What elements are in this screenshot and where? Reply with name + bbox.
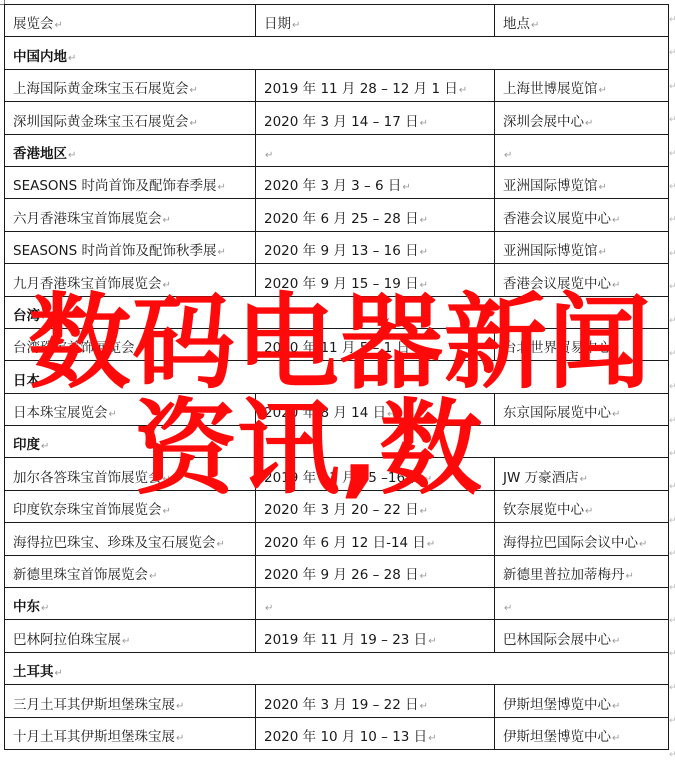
return-mark-icon: ↵ <box>55 668 63 679</box>
row-end-mark-icon: ↵ <box>669 204 675 237</box>
table-row: 加尔各答珠宝首饰展览会↵2019 年 11 月 15 –16 日↵JW 万豪酒店… <box>5 458 669 490</box>
date-cell: 2020 年 6 月 25 – 28 日↵ <box>256 199 495 231</box>
return-mark-icon: ↵ <box>190 85 198 96</box>
row-end-mark-icon: ↵ <box>669 371 675 404</box>
table-row: 深圳国际黄金珠宝玉石展览会↵2020 年 3 月 14 – 17 日↵深圳会展中… <box>5 102 669 134</box>
venue-cell: 亚洲国际博览馆↵ <box>495 166 669 198</box>
exhibition-name-cell: 十月土耳其伊斯坦堡珠宝展↵ <box>5 717 256 749</box>
table-row: 台湾珠宝首饰展览会↵2020 年 11 月 5 – 1 日↵台北世界贸易中心↵ <box>5 328 669 360</box>
exhibition-name-cell: 六月香港珠宝首饰展览会↵ <box>5 199 256 231</box>
return-mark-icon: ↵ <box>531 20 539 31</box>
return-mark-icon: ↵ <box>55 20 63 31</box>
return-mark-icon: ↵ <box>109 409 117 420</box>
date-cell: 2019 年 11 月 19 – 23 日↵ <box>256 620 495 652</box>
return-mark-icon: ↵ <box>580 474 588 485</box>
row-end-mark-icon: ↵ <box>669 638 675 671</box>
date-cell: 2020 年 10 月 10 – 13 日↵ <box>256 717 495 749</box>
row-end-mark-icon: ↵ <box>669 171 675 204</box>
date-cell: 2020 年 3 月 19 – 22 日↵ <box>256 685 495 717</box>
venue-cell: 巴林国际会展中心↵ <box>495 620 669 652</box>
exhibition-table: 展览会↵ 日期↵ 地点↵ 中国内地↵上海国际黄金珠宝玉石展览会↵2019 年 1… <box>4 4 669 750</box>
return-mark-icon: ↵ <box>265 603 273 614</box>
header-date: 日期↵ <box>256 5 495 37</box>
exhibition-name-cell: 巴林阿拉伯珠宝展↵ <box>5 620 256 652</box>
return-mark-icon: ↵ <box>504 150 512 161</box>
table-row: 日本珠宝展览会↵2020 年 8 月 14 日↵东京国际展览中心↵ <box>5 393 669 425</box>
date-cell: 2020 年 9 月 26 – 28 日↵ <box>256 555 495 587</box>
table-row: 巴林阿拉伯珠宝展↵2019 年 11 月 19 – 23 日↵巴林国际会展中心↵ <box>5 620 669 652</box>
venue-cell: 东京国际展览中心↵ <box>495 393 669 425</box>
return-mark-icon: ↵ <box>411 344 419 355</box>
exhibition-name-cell: 海得拉巴珠宝、珍珠及宝石展览会↵ <box>5 523 256 555</box>
region-row: 印度↵ <box>5 426 669 458</box>
return-mark-icon: ↵ <box>149 571 157 582</box>
return-mark-icon: ↵ <box>428 636 436 647</box>
venue-cell: 伊斯坦堡博览中心↵ <box>495 717 669 749</box>
region-label: 台湾↵ <box>5 296 669 328</box>
date-cell: 2020 年 3 月 20 – 22 日↵ <box>256 490 495 522</box>
return-mark-icon: ↵ <box>218 182 226 193</box>
return-mark-icon: ↵ <box>218 247 226 258</box>
return-mark-icon: ↵ <box>420 280 428 291</box>
region-row: 日本↵ <box>5 361 669 393</box>
region-label: 土耳其↵ <box>5 652 669 684</box>
row-end-mark-icon: ↵ <box>669 104 675 137</box>
return-mark-icon: ↵ <box>612 215 620 226</box>
region-label: 中国内地↵ <box>5 37 669 69</box>
exhibition-name-cell: 九月香港珠宝首饰展览会↵ <box>5 264 256 296</box>
return-mark-icon: ↵ <box>612 344 620 355</box>
date-cell: 2020 年 11 月 5 – 1 日↵ <box>256 328 495 360</box>
return-mark-icon: ↵ <box>163 280 171 291</box>
return-mark-icon: ↵ <box>217 539 225 550</box>
return-mark-icon: ↵ <box>265 150 273 161</box>
return-mark-icon: ↵ <box>402 182 410 193</box>
return-mark-icon: ↵ <box>599 247 607 258</box>
return-mark-icon: ↵ <box>68 53 76 64</box>
date-cell: 2020 年 9 月 13 – 16 日↵ <box>256 231 495 263</box>
return-mark-icon: ↵ <box>176 733 184 744</box>
empty-cell: ↵ <box>256 134 495 166</box>
date-cell: 2019 年 11 月 15 –16 日↵ <box>256 458 495 490</box>
region-row: 土耳其↵ <box>5 652 669 684</box>
exhibition-name-cell: 台湾珠宝首饰展览会↵ <box>5 328 256 360</box>
return-mark-icon: ↵ <box>41 441 49 452</box>
row-end-mark-icon: ↵ <box>669 739 675 772</box>
empty-cell: ↵ <box>256 588 495 620</box>
region-label: 中东↵ <box>5 588 256 620</box>
return-mark-icon: ↵ <box>41 377 49 388</box>
region-row: 台湾↵ <box>5 296 669 328</box>
row-end-mark-icon: ↵ <box>669 71 675 104</box>
return-mark-icon: ↵ <box>190 118 198 129</box>
row-end-mark-icon: ↵ <box>669 305 675 338</box>
region-label: 印度↵ <box>5 426 669 458</box>
row-end-mark-icon: ↵ <box>669 238 675 271</box>
venue-cell: 伊斯坦堡博览中心↵ <box>495 685 669 717</box>
paragraph-marks-column: ↵↵↵↵↵↵↵↵↵↵↵↵↵↵↵↵↵↵↵↵↵↵↵ <box>669 4 675 772</box>
header-exhibition: 展览会↵ <box>5 5 256 37</box>
return-mark-icon: ↵ <box>420 506 428 517</box>
exhibition-name-cell: 三月土耳其伊斯坦堡珠宝展↵ <box>5 685 256 717</box>
row-end-mark-icon: ↵ <box>669 338 675 371</box>
date-cell: 2020 年 3 月 14 – 17 日↵ <box>256 102 495 134</box>
return-mark-icon: ↵ <box>163 215 171 226</box>
return-mark-icon: ↵ <box>292 20 300 31</box>
return-mark-icon: ↵ <box>599 182 607 193</box>
return-mark-icon: ↵ <box>585 118 593 129</box>
row-end-mark-icon: ↵ <box>669 705 675 738</box>
venue-cell: 新德里普拉加蒂梅丹↵ <box>495 555 669 587</box>
table-header-row: 展览会↵ 日期↵ 地点↵ <box>5 5 669 37</box>
venue-cell: 海得拉巴国际会议中心↵ <box>495 523 669 555</box>
exhibition-name-cell: 印度钦奈珠宝首饰展览会↵ <box>5 490 256 522</box>
return-mark-icon: ↵ <box>136 344 144 355</box>
return-mark-icon: ↵ <box>612 733 620 744</box>
row-end-mark-icon: ↵ <box>669 538 675 571</box>
table-row: 三月土耳其伊斯坦堡珠宝展↵2020 年 3 月 19 – 22 日↵伊斯坦堡博览… <box>5 685 669 717</box>
return-mark-icon: ↵ <box>387 409 395 420</box>
exhibition-name-cell: 日本珠宝展览会↵ <box>5 393 256 425</box>
date-cell: 2020 年 3 月 3 – 6 日↵ <box>256 166 495 198</box>
return-mark-icon: ↵ <box>459 85 467 96</box>
row-end-mark-icon: ↵ <box>669 405 675 438</box>
row-end-mark-icon: ↵ <box>669 672 675 705</box>
return-mark-icon: ↵ <box>612 701 620 712</box>
region-row: 中国内地↵ <box>5 37 669 69</box>
region-row: 中东↵↵↵ <box>5 588 669 620</box>
return-mark-icon: ↵ <box>585 506 593 517</box>
return-mark-icon: ↵ <box>424 474 432 485</box>
return-mark-icon: ↵ <box>626 571 634 582</box>
return-mark-icon: ↵ <box>41 603 49 614</box>
exhibition-name-cell: 深圳国际黄金珠宝玉石展览会↵ <box>5 102 256 134</box>
row-end-mark-icon: ↵ <box>669 605 675 638</box>
region-label: 日本↵ <box>5 361 669 393</box>
return-mark-icon: ↵ <box>420 571 428 582</box>
row-end-mark-icon: ↵ <box>669 37 675 70</box>
return-mark-icon: ↵ <box>428 733 436 744</box>
row-end-mark-icon: ↵ <box>669 471 675 504</box>
table-row: 新德里珠宝首饰展览会↵2020 年 9 月 26 – 28 日↵新德里普拉加蒂梅… <box>5 555 669 587</box>
return-mark-icon: ↵ <box>612 280 620 291</box>
return-mark-icon: ↵ <box>68 150 76 161</box>
return-mark-icon: ↵ <box>639 539 647 550</box>
table-row: 六月香港珠宝首饰展览会↵2020 年 6 月 25 – 28 日↵香港会议展览中… <box>5 199 669 231</box>
region-label: 香港地区↵ <box>5 134 256 166</box>
exhibition-name-cell: SEASONS 时尚首饰及配饰春季展↵ <box>5 166 256 198</box>
exhibition-name-cell: SEASONS 时尚首饰及配饰秋季展↵ <box>5 231 256 263</box>
exhibition-name-cell: 上海国际黄金珠宝玉石展览会↵ <box>5 69 256 101</box>
venue-cell: 钦奈展览中心↵ <box>495 490 669 522</box>
return-mark-icon: ↵ <box>612 409 620 420</box>
return-mark-icon: ↵ <box>176 701 184 712</box>
venue-cell: 深圳会展中心↵ <box>495 102 669 134</box>
return-mark-icon: ↵ <box>163 506 171 517</box>
return-mark-icon: ↵ <box>612 636 620 647</box>
empty-cell: ↵ <box>495 134 669 166</box>
table-row: SEASONS 时尚首饰及配饰春季展↵2020 年 3 月 3 – 6 日↵亚洲… <box>5 166 669 198</box>
row-end-mark-icon: ↵ <box>669 138 675 171</box>
venue-cell: 台北世界贸易中心↵ <box>495 328 669 360</box>
row-end-mark-icon: ↵ <box>669 4 675 37</box>
return-mark-icon: ↵ <box>504 603 512 614</box>
venue-cell: 上海世博展览馆↵ <box>495 69 669 101</box>
region-row: 香港地区↵↵↵ <box>5 134 669 166</box>
date-cell: 2019 年 11 月 28 – 12 月 1 日↵ <box>256 69 495 101</box>
venue-cell: 香港会议展览中心↵ <box>495 264 669 296</box>
return-mark-icon: ↵ <box>420 118 428 129</box>
row-end-mark-icon: ↵ <box>669 438 675 471</box>
table-row: 十月土耳其伊斯坦堡珠宝展↵2020 年 10 月 10 – 13 日↵伊斯坦堡博… <box>5 717 669 749</box>
table-row: 上海国际黄金珠宝玉石展览会↵2019 年 11 月 28 – 12 月 1 日↵… <box>5 69 669 101</box>
return-mark-icon: ↵ <box>599 85 607 96</box>
table-row: SEASONS 时尚首饰及配饰秋季展↵2020 年 9 月 13 – 16 日↵… <box>5 231 669 263</box>
return-mark-icon: ↵ <box>163 474 171 485</box>
table-row: 印度钦奈珠宝首饰展览会↵2020 年 3 月 20 – 22 日↵钦奈展览中心↵ <box>5 490 669 522</box>
header-venue: 地点↵ <box>495 5 669 37</box>
row-end-mark-icon: ↵ <box>669 572 675 605</box>
return-mark-icon: ↵ <box>427 539 435 550</box>
row-end-mark-icon: ↵ <box>669 505 675 538</box>
row-end-mark-icon: ↵ <box>669 271 675 304</box>
exhibition-name-cell: 新德里珠宝首饰展览会↵ <box>5 555 256 587</box>
return-mark-icon: ↵ <box>420 247 428 258</box>
return-mark-icon: ↵ <box>41 312 49 323</box>
exhibition-name-cell: 加尔各答珠宝首饰展览会↵ <box>5 458 256 490</box>
table-row: 海得拉巴珠宝、珍珠及宝石展览会↵2020 年 6 月 12 日-14 日↵海得拉… <box>5 523 669 555</box>
date-cell: 2020 年 6 月 12 日-14 日↵ <box>256 523 495 555</box>
return-mark-icon: ↵ <box>420 701 428 712</box>
date-cell: 2020 年 9 月 15 – 19 日↵ <box>256 264 495 296</box>
venue-cell: 香港会议展览中心↵ <box>495 199 669 231</box>
venue-cell: JW 万豪酒店↵ <box>495 458 669 490</box>
venue-cell: 亚洲国际博览馆↵ <box>495 231 669 263</box>
return-mark-icon: ↵ <box>420 215 428 226</box>
date-cell: 2020 年 8 月 14 日↵ <box>256 393 495 425</box>
table-row: 九月香港珠宝首饰展览会↵2020 年 9 月 15 – 19 日↵香港会议展览中… <box>5 264 669 296</box>
return-mark-icon: ↵ <box>122 636 130 647</box>
empty-cell: ↵ <box>495 588 669 620</box>
